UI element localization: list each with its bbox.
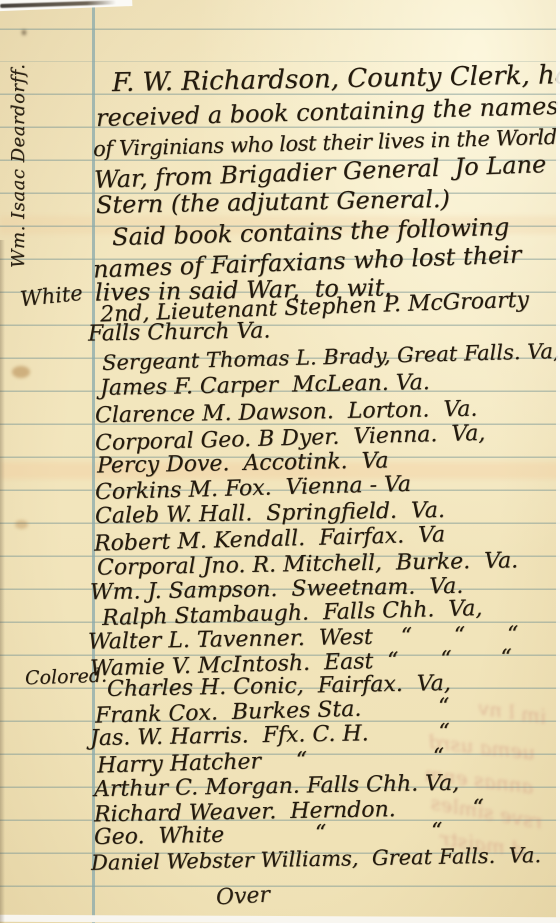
scan-edge-bottom: [0, 915, 560, 923]
vertical-margin-signature: Wm. Isaac Deardorff.: [8, 64, 29, 268]
stain-spot: [22, 30, 26, 35]
stain-spot: [15, 520, 28, 529]
scan-edge-right: [556, 0, 560, 923]
scan-edge-left-shadow: [0, 240, 5, 923]
handwritten-line: Falls Church Va.: [88, 319, 271, 345]
stain-spot: [12, 366, 30, 378]
scanned-ledger-page: { "side_note": "Wm. Isaac Deardorff.", "…: [0, 0, 560, 923]
handwritten-line: James F. Carper McLean. Va.: [100, 371, 430, 400]
handwritten-line: Stern (the adjutant General.): [96, 187, 450, 218]
page-footer-over: Over: [215, 883, 270, 911]
